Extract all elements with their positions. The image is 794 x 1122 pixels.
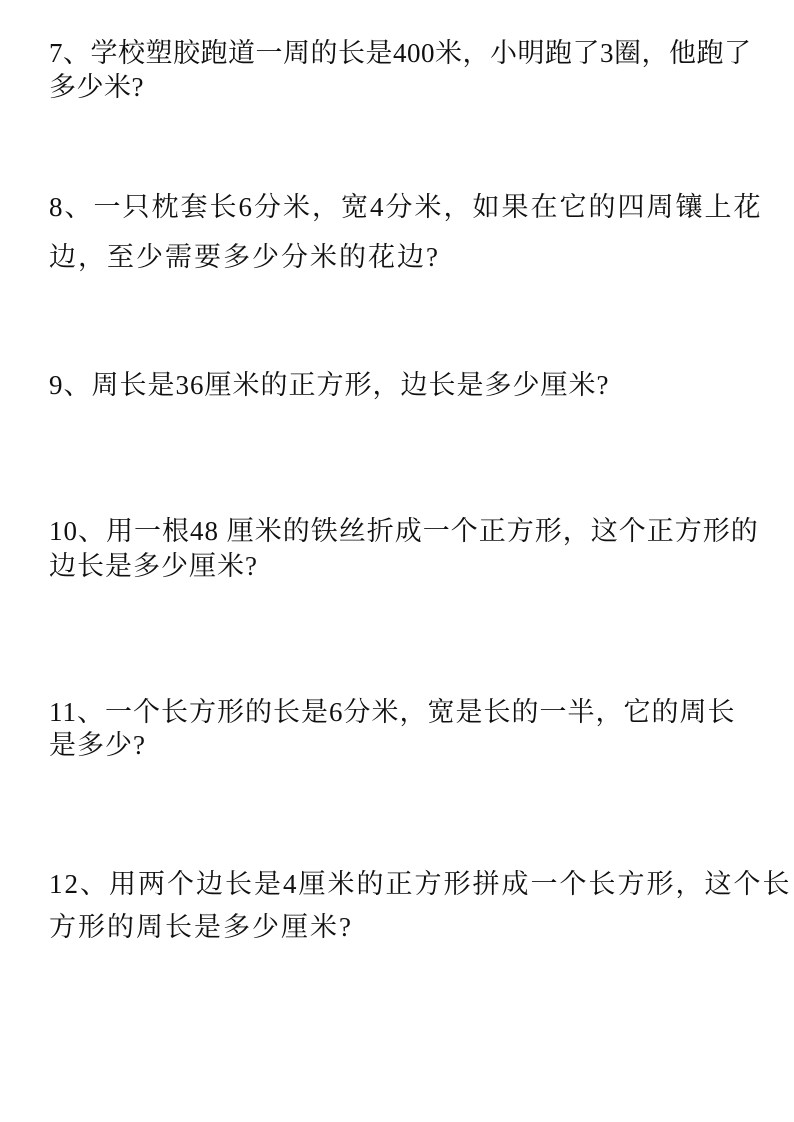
question-10-line-2: 边长是多少厘米?: [49, 549, 764, 584]
question-11: 11、一个长方形的长是6分米，宽是长的一半，它的周长 是多少?: [49, 696, 764, 762]
question-8: 8、一只枕套长6分米，宽4分米，如果在它的四周镶上花 边，至少需要多少分米的花边…: [49, 182, 764, 282]
question-12: 12、用两个边长是4厘米的正方形拼成一个长方形，这个长 方形的周长是多少厘米?: [49, 863, 764, 949]
question-12-line-1: 12、用两个边长是4厘米的正方形拼成一个长方形，这个长: [49, 863, 764, 906]
question-12-line-2: 方形的周长是多少厘米?: [49, 906, 764, 949]
question-11-line-1: 11、一个长方形的长是6分米，宽是长的一半，它的周长: [49, 696, 764, 729]
question-10-line-1: 10、用一根48 厘米的铁丝折成一个正方形，这个正方形的: [49, 514, 764, 549]
question-8-line-1: 8、一只枕套长6分米，宽4分米，如果在它的四周镶上花: [49, 182, 764, 232]
question-11-line-2: 是多少?: [49, 729, 764, 762]
question-7: 7、学校塑胶跑道一周的长是400米，小明跑了3圈，他跑了 多少米?: [49, 36, 764, 104]
question-8-line-2: 边，至少需要多少分米的花边?: [49, 232, 764, 282]
question-7-line-2: 多少米?: [49, 70, 764, 104]
question-9: 9、周长是36厘米的正方形，边长是多少厘米?: [49, 368, 764, 402]
question-7-line-1: 7、学校塑胶跑道一周的长是400米，小明跑了3圈，他跑了: [49, 36, 764, 70]
question-10: 10、用一根48 厘米的铁丝折成一个正方形，这个正方形的 边长是多少厘米?: [49, 514, 764, 584]
worksheet-page: 7、学校塑胶跑道一周的长是400米，小明跑了3圈，他跑了 多少米? 8、一只枕套…: [0, 0, 794, 1122]
question-9-line-1: 9、周长是36厘米的正方形，边长是多少厘米?: [49, 368, 764, 402]
